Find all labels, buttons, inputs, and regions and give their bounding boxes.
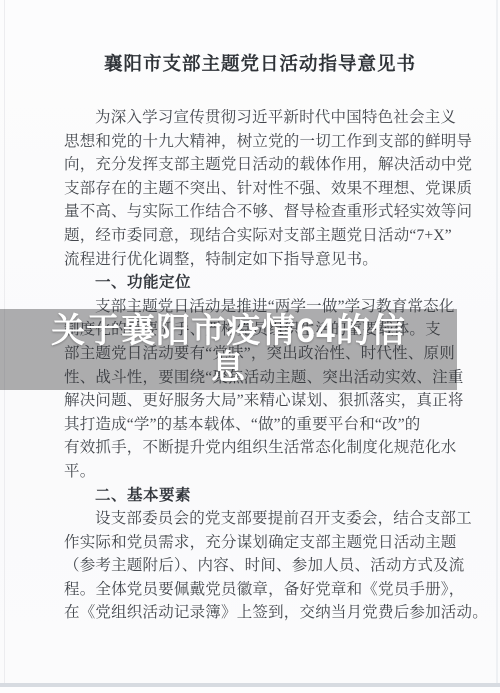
watermark-text-line1: 关于襄阳市疫情64的信 bbox=[51, 313, 406, 350]
text-line: 解决问题、更好服务大局”来精心谋划、狠抓落实，真正将 bbox=[64, 389, 456, 413]
watermark-text-line2: 息 bbox=[211, 350, 246, 387]
text-line: 流程进行优化调整，特制定如下指导意见书。 bbox=[64, 248, 456, 272]
text-line: 量不高、与实际工作结合不够、督导检查重形式轻实效等问 bbox=[64, 200, 456, 224]
text-line: 有效抓手，不断提升党内组织生活常态化制度化规范化水 bbox=[64, 436, 456, 460]
text-line: 在《党组织活动记录簿》上签到，交纳当月党费后参加活动。 bbox=[64, 601, 456, 625]
section-heading-basic-elements: 二、基本要素 bbox=[64, 484, 456, 508]
text-line: 作实际和党员需求，充分谋划确定支部主题党日活动主题 bbox=[64, 531, 456, 555]
text-line: 程。全体党员要佩戴党员徽章，备好党章和《党员手册》， bbox=[64, 578, 456, 602]
text-line: 平。 bbox=[64, 460, 456, 484]
text-line: 题，经市委同意，现结合实际对支部主题党日活动“7+X” bbox=[64, 224, 456, 248]
section-heading-function: 一、功能定位 bbox=[64, 271, 456, 295]
paragraph-intro: 为深入学习宣传贯彻习近平新时代中国特色社会主义思想和党的十九大精神，树立党的一切… bbox=[64, 106, 456, 271]
text-line: 其打造成“学”的基本载体、“做”的重要平台和“改”的 bbox=[64, 413, 456, 437]
text-line: 思想和党的十九大精神，树立党的一切工作到支部的鲜明导 bbox=[64, 130, 456, 154]
text-line: 支部存在的主题不突出、针对性不强、效果不理想、党课质 bbox=[64, 177, 456, 201]
text-line: 设支部委员会的党支部要提前召开支委会，结合支部工 bbox=[64, 507, 456, 531]
text-line: 向，充分发挥支部主题党日活动的载体作用，解决活动中党 bbox=[64, 153, 456, 177]
text-line: （参考主题附后）、内容、时间、参加人员、活动方式及流 bbox=[64, 554, 456, 578]
text-line: 为深入学习宣传贯彻习近平新时代中国特色社会主义 bbox=[64, 106, 456, 130]
paragraph-basic-elements: 设支部委员会的党支部要提前召开支委会，结合支部工作实际和党员需求，充分谋划确定支… bbox=[64, 507, 456, 625]
watermark-overlay: 关于襄阳市疫情64的信 息 bbox=[0, 309, 457, 390]
scan-edge-below bbox=[0, 687, 500, 693]
document-title: 襄阳市支部主题党日活动指导意见书 bbox=[64, 52, 456, 78]
